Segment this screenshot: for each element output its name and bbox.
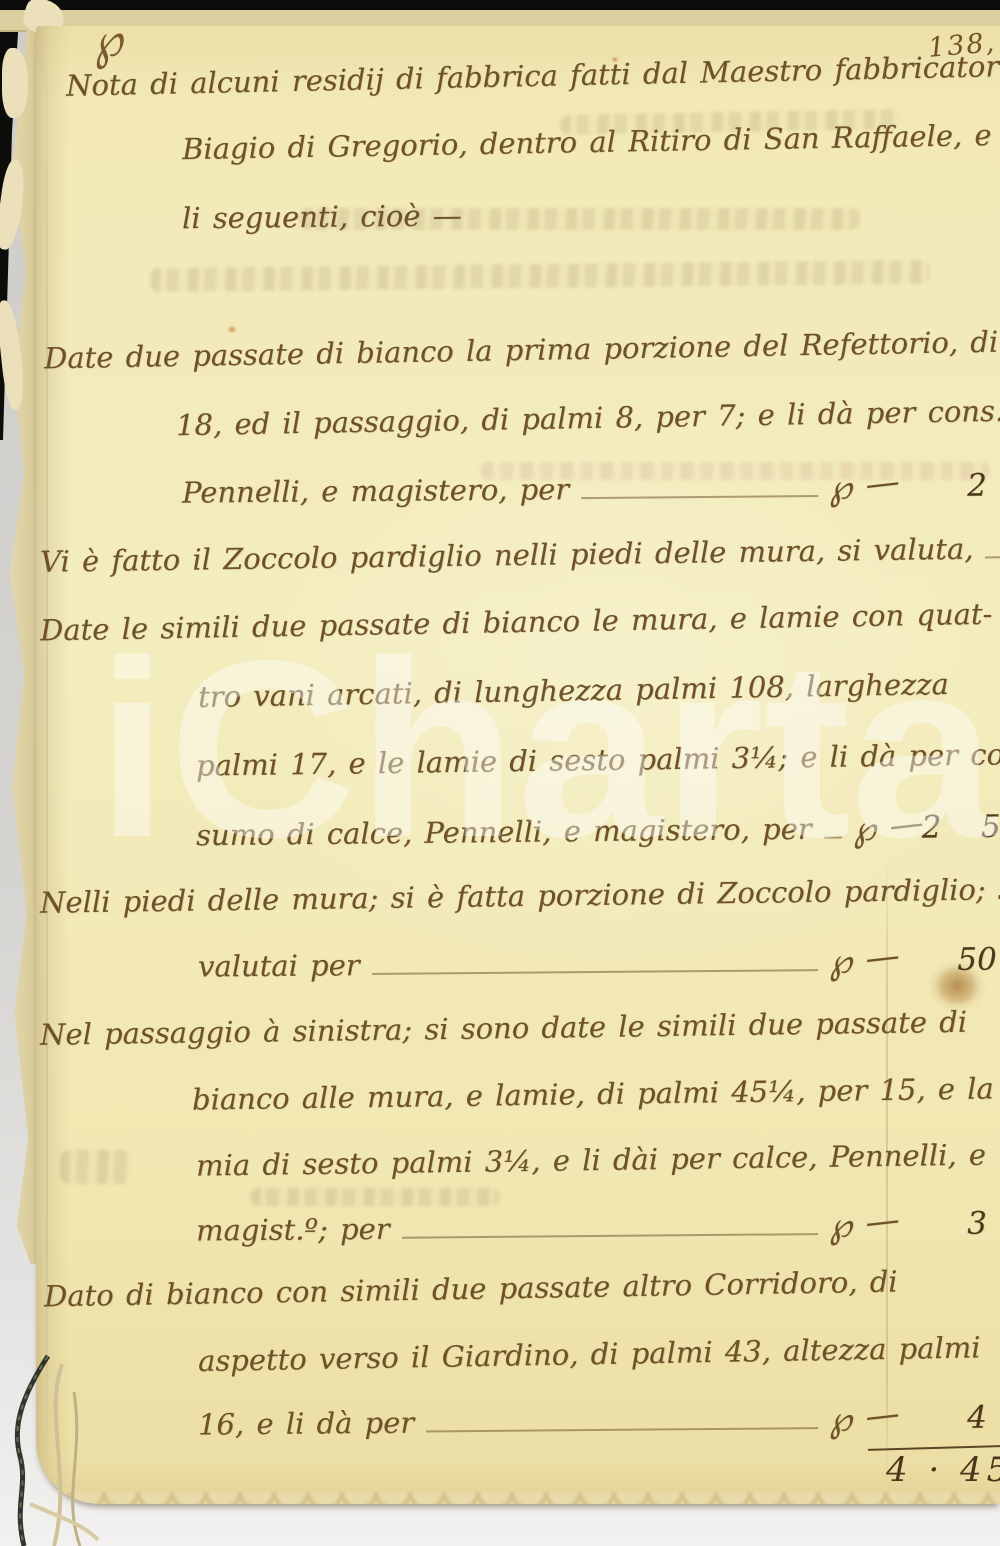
amount-col2: 50 (954, 940, 1000, 980)
manuscript-line: Nelli piedi delle mura; si è fatta porzi… (40, 869, 1000, 922)
manuscript-page: 138, ℘ Nota di alcuni residij di fabbric… (36, 26, 1000, 1504)
ink-rule (426, 1427, 818, 1432)
currency-flourish: ℘ — (826, 1200, 894, 1247)
manuscript-line-text: Nota di alcuni residij di fabbrica fatti… (66, 46, 1000, 106)
manuscript-line-text: Vi è fatto il Zoccolo pardiglio nelli pi… (40, 529, 974, 582)
manuscript-line: Nota di alcuni residij di fabbrica fatti… (66, 46, 1000, 106)
currency-flourish: ℘ — (826, 462, 894, 509)
ink-rule (824, 836, 842, 838)
amount-col2: 4 (954, 1398, 1000, 1438)
manuscript-line: Date le simili due passate di bianco le … (40, 594, 1000, 651)
ink-rule (402, 1233, 818, 1239)
manuscript-line-text: Nelli piedi delle mura; si è fatta porzi… (40, 869, 1000, 923)
manuscript-line-text: Date le simili due passate di bianco le … (40, 594, 993, 651)
manuscript-line-text: palmi 17, e le lamie di sesto palmi 3¼; … (196, 734, 1000, 786)
total-value: 4 · 45 (886, 1450, 1000, 1490)
manuscript-line-text: tro vani arcati, di lunghezza palmi 108,… (198, 664, 949, 717)
manuscript-line: Nel passaggio à sinistra; si sono date l… (40, 1001, 1000, 1054)
currency-flourish: ℘ — (826, 1394, 894, 1441)
manuscript-line-text: sumo di calce, Pennelli, e magistero, pe… (196, 809, 812, 855)
manuscript-line: Vi è fatto il Zoccolo pardiglio nelli pi… (40, 527, 1000, 581)
manuscript-line: palmi 17, e le lamie di sesto palmi 3¼; … (196, 734, 1000, 785)
manuscript-line: mia di sesto palmi 3¼, e li dài per calc… (196, 1134, 1000, 1185)
manuscript-line-text: 18, ed il passaggio, di palmi 8, per 7; … (176, 388, 1000, 445)
binding-thread-beige (30, 1504, 98, 1540)
bleed-through-mark (60, 1150, 130, 1184)
manuscript-line: 18, ed il passaggio, di palmi 8, per 7; … (176, 391, 1000, 445)
currency-flourish: ℘ — (826, 936, 894, 983)
manuscript-line: valutai per℘ —50 (198, 939, 1000, 987)
manuscript-line-text: Dato di bianco con simili due passate al… (44, 1261, 898, 1316)
manuscript-line-text: Pennelli, e magistero, per (182, 469, 570, 512)
binding-cord-dark (17, 1356, 48, 1546)
paper-speck (227, 325, 237, 334)
manuscript-line-text: magist.º; per (196, 1209, 390, 1251)
torn-paper-edge (2, 48, 28, 118)
manuscript-line: aspetto verso il Giardino, di palmi 43, … (198, 1327, 1000, 1381)
ink-rule (372, 969, 818, 975)
amount-col2: 3 (954, 1203, 1000, 1243)
manuscript-line: 16, e li dà per℘ —4 (198, 1397, 1000, 1445)
manuscript-line: li seguenti, cioè — (182, 190, 1000, 239)
manuscript-line: sumo di calce, Pennelli, e magistero, pe… (196, 806, 1000, 855)
bleed-through-mark (150, 260, 930, 292)
binding-threads (0, 1352, 140, 1546)
manuscript-line-text: Biagio di Gregorio, dentro al Ritiro di … (182, 114, 1000, 170)
manuscript-line: magist.º; per℘ —3 (196, 1202, 1000, 1250)
manuscript-line-text: valutai per (198, 945, 360, 986)
manuscript-line-text: aspetto verso il Giardino, di palmi 43, … (198, 1327, 981, 1381)
manuscript-line: bianco alle mura, e lamie, di palmi 45¼,… (192, 1068, 1000, 1119)
manuscript-line: Biagio di Gregorio, dentro al Ritiro di … (182, 115, 1000, 169)
manuscript-line-text: li seguenti, cioè — (182, 195, 462, 238)
manuscript-line-text: 16, e li dà per (198, 1403, 414, 1445)
manuscript-line: Dato di bianco con simili due passate al… (44, 1260, 1000, 1317)
manuscript-line-text: Date due passate di bianco la prima porz… (44, 319, 1000, 378)
currency-flourish: ℘ — (850, 803, 918, 850)
manuscript-line: Pennelli, e magistero, per℘ —2 (182, 464, 1000, 512)
scanned-manuscript: { "manuscript": { "page_number": "138,",… (0, 0, 1000, 1546)
manuscript-line-text: bianco alle mura, e lamie, di palmi 45¼,… (192, 1068, 1000, 1120)
amount-col2: 50 (977, 807, 1000, 847)
manuscript-line: tro vani arcati, di lunghezza palmi 108,… (198, 663, 1000, 717)
manuscript-line-text: Nel passaggio à sinistra; si sono date l… (40, 1002, 967, 1055)
amount-col2: 2 (954, 465, 1000, 505)
manuscript-line-text: mia di sesto palmi 3¼, e li dài per calc… (196, 1135, 986, 1186)
manuscript-line: Date due passate di bianco la prima porz… (44, 322, 1000, 379)
ink-rule (986, 556, 1000, 558)
bleed-through-mark (250, 1188, 500, 1206)
ink-rule (581, 495, 818, 499)
